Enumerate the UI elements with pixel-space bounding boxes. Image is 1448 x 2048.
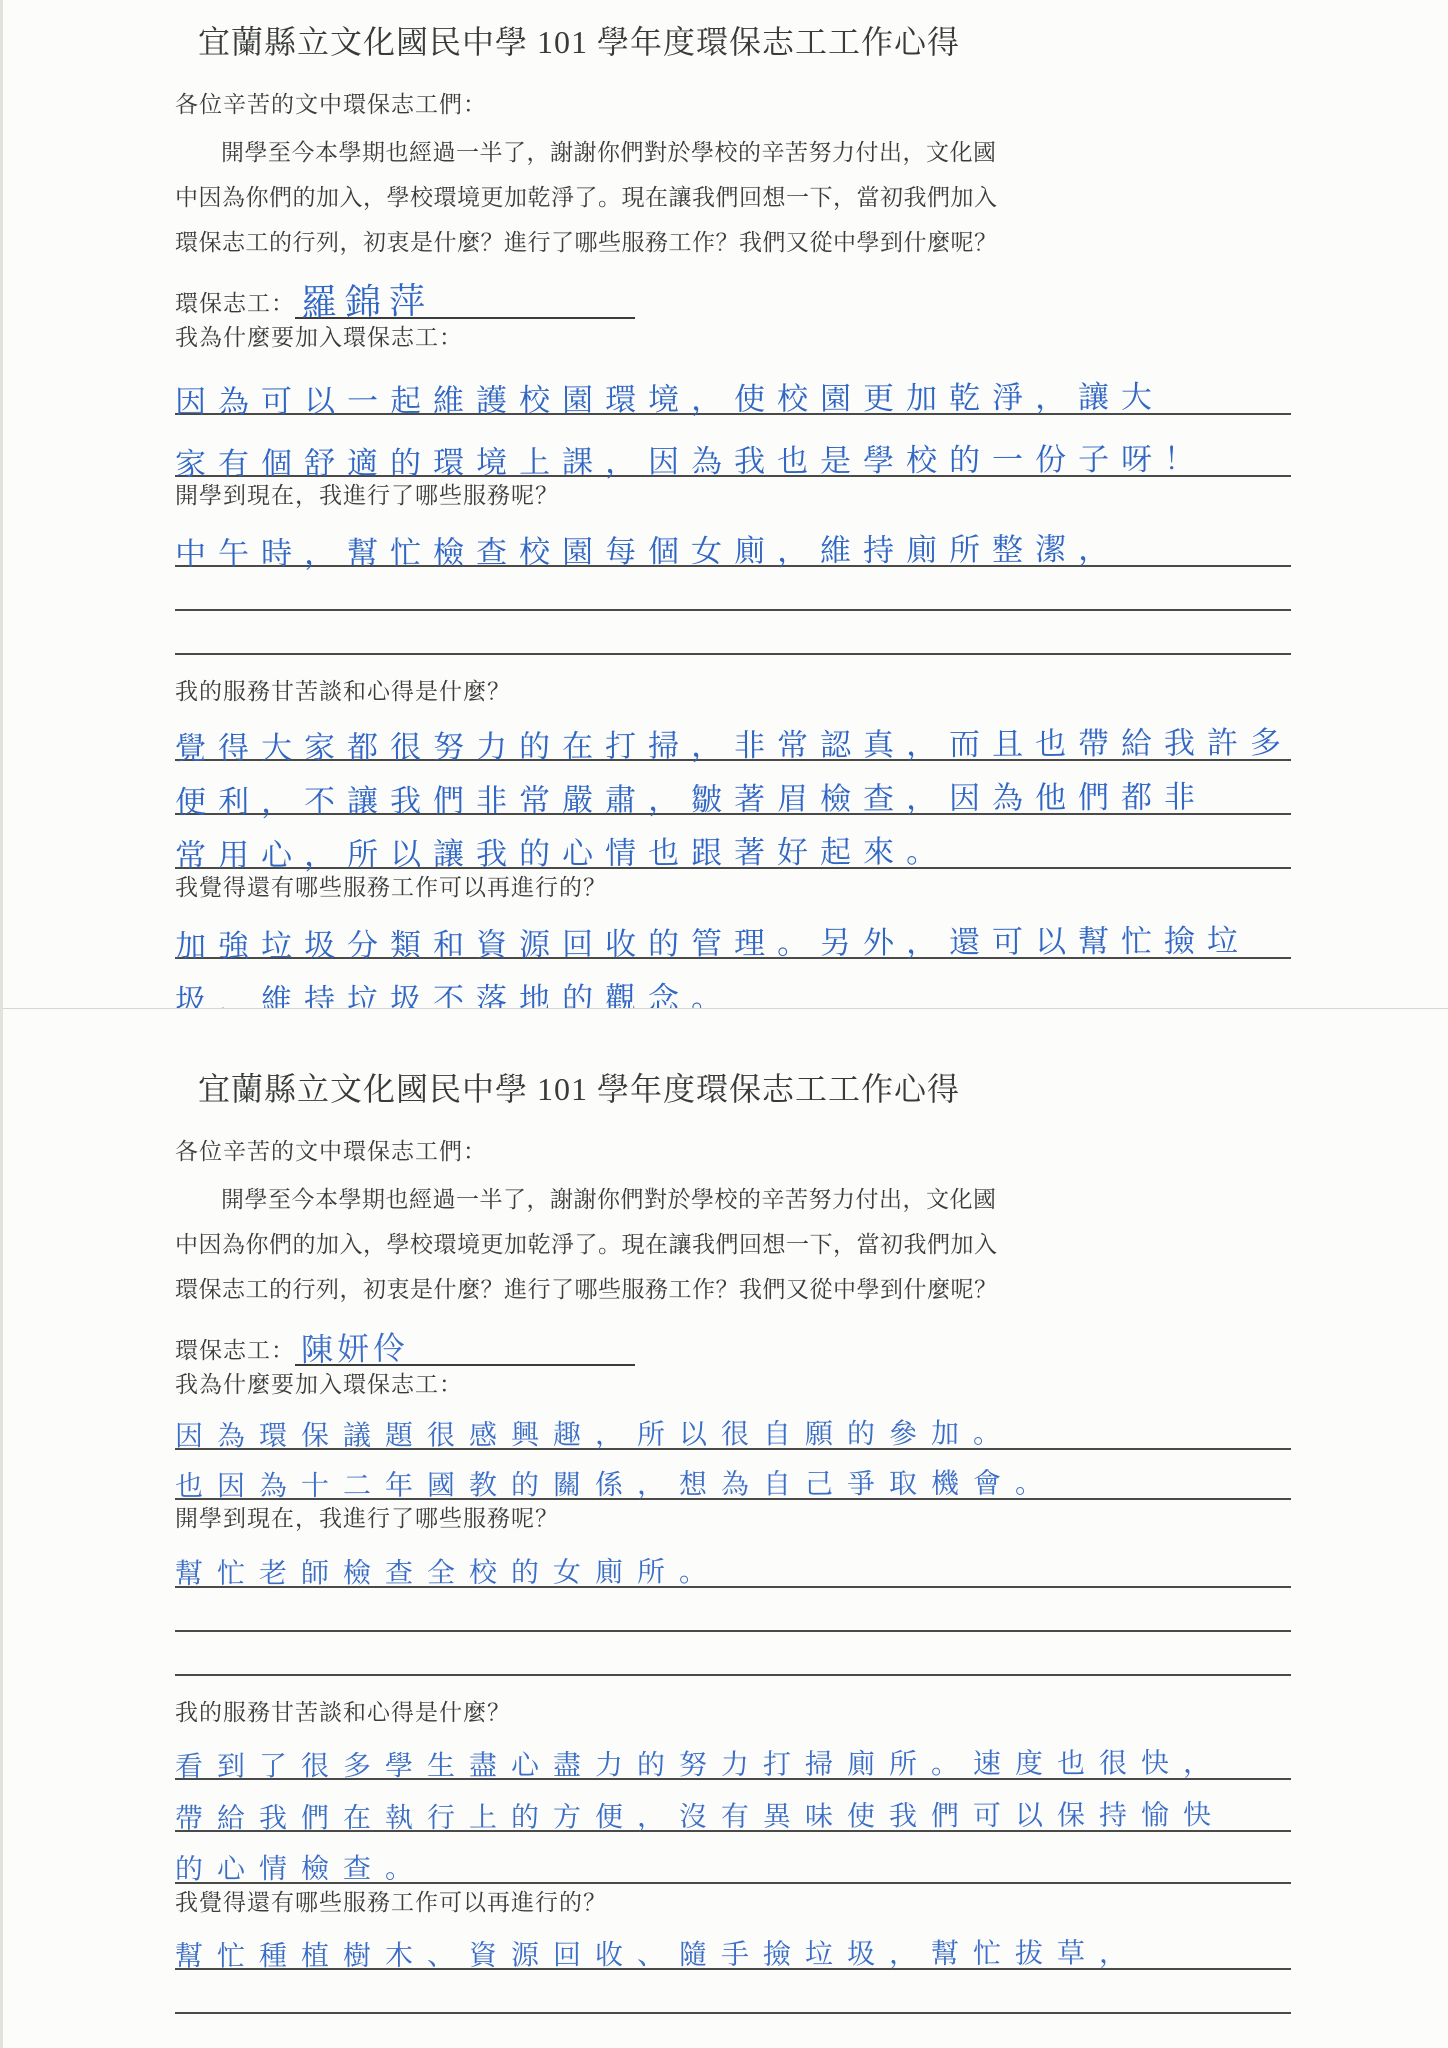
handwritten-answer-line: 常用心，所以讓我的心情也跟著好起來。 [175,815,1291,869]
handwritten-answer-line: 覺得大家都很努力的在打掃，非常認真，而且也帶給我許多 [175,707,1291,761]
intro-line: 開學至今本學期也經過一半了，謝謝你們對於學校的辛苦努力付出，文化國 [175,1177,983,1222]
handwritten-text: 覺得大家都很努力的在打掃，非常認真，而且也帶給我許多 [175,717,1293,768]
handwritten-text: 看到了很多學生盡心盡力的努力打掃廁所。速度也很快， [175,1741,1225,1785]
question-more-services: 我覺得還有哪些服務工作可以再進行的？ [175,1888,1301,1918]
handwritten-answer-line: 圾，維持垃圾不落地的觀念。 [175,959,1291,1008]
handwritten-text: 帶給我們在執行上的方便，沒有異味使我們可以保持愉快 [175,1793,1225,1837]
handwritten-text: 幫忙老師檢查全校的女廁所。 [175,1550,721,1592]
question-reflection: 我的服務甘苦談和心得是什麼？ [175,677,1301,707]
form-title: 宜蘭縣立文化國民中學 101 學年度環保志工工作心得 [175,22,983,62]
handwritten-text: 家有個舒適的環境上課，因為我也是學校的一份子呀！ [175,433,1207,483]
reflection-form-2: 宜蘭縣立文化國民中學 101 學年度環保志工工作心得 各位辛苦的文中環保志工們：… [3,1009,1448,2047]
handwritten-answer-line: 幫忙種植樹木、資源回收、隨手撿垃圾，幫忙拔草， [175,1918,1291,1970]
handwritten-answer-line: 帶給我們在執行上的方便，沒有異味使我們可以保持愉快 [175,1780,1291,1832]
volunteer-label: 環保志工： [175,289,295,319]
handwritten-answer-line: 也因為十二年國教的關係，想為自己爭取機會。 [175,1450,1291,1500]
blank-answer-line [175,1970,1291,2014]
handwritten-answer-line: 的心情檢查。 [175,1832,1291,1884]
handwritten-text: 的心情檢查。 [175,1847,427,1888]
question-more-services: 我覺得還有哪些服務工作可以再進行的？ [175,873,1301,903]
question-reflection: 我的服務甘苦談和心得是什麼？ [175,1698,1301,1728]
handwritten-text: 中午時，幫忙檢查校園每個女廁，維持廁所整潔， [175,524,1121,574]
question-why-join: 我為什麼要加入環保志工： [175,1370,1301,1400]
question-why-join: 我為什麼要加入環保志工： [175,323,1301,353]
intro-line: 中因為你們的加入，學校環境更加乾淨了。現在讓我們回想一下，當初我們加入 [175,1222,983,1267]
handwritten-text: 因為環保議題很感興趣，所以很自願的參加。 [175,1412,1015,1455]
handwritten-answer-line: 幫忙老師檢查全校的女廁所。 [175,1534,1291,1588]
intro-line: 開學至今本學期也經過一半了，謝謝你們對於學校的辛苦努力付出，文化國 [175,130,983,175]
blank-answer-line [175,1632,1291,1676]
handwritten-answer-line: 中午時，幫忙檢查校園每個女廁，維持廁所整潔， [175,511,1291,567]
reflection-form-1: 宜蘭縣立文化國民中學 101 學年度環保志工工作心得 各位辛苦的文中環保志工們：… [3,0,1448,1008]
handwritten-text: 圾，維持垃圾不落地的觀念。 [175,973,734,1008]
handwritten-answer-line: 家有個舒適的環境上課，因為我也是學校的一份子呀！ [175,415,1291,477]
handwritten-answer-line: 看到了很多學生盡心盡力的努力打掃廁所。速度也很快， [175,1728,1291,1780]
name-underline: 羅錦萍 [295,269,635,319]
intro-block: 各位辛苦的文中環保志工們： 開學至今本學期也經過一半了，謝謝你們對於學校的辛苦努… [175,1137,983,1312]
blank-answer-line [175,1588,1291,1632]
salutation: 各位辛苦的文中環保志工們： [175,90,983,120]
intro-line: 環保志工的行列，初衷是什麼？進行了哪些服務工作？我們又從中學到什麼呢？ [175,1267,983,1312]
handwritten-answer-line: 因為環保議題很感興趣，所以很自願的參加。 [175,1400,1291,1450]
handwritten-text: 加強垃圾分類和資源回收的管理。另外，還可以幫忙撿垃 [175,915,1250,966]
handwritten-answer-line: 便利，不讓我們非常嚴肅，皺著眉檢查，因為他們都非 [175,761,1291,815]
name-underline: 陳妍伶 [295,1316,635,1366]
intro-line: 中因為你們的加入，學校環境更加乾淨了。現在讓我們回想一下，當初我們加入 [175,175,983,220]
handwritten-text: 也因為十二年國教的關係，想為自己爭取機會。 [175,1461,1057,1504]
salutation: 各位辛苦的文中環保志工們： [175,1137,983,1167]
volunteer-label: 環保志工： [175,1336,295,1366]
form-title: 宜蘭縣立文化國民中學 101 學年度環保志工工作心得 [175,1069,983,1109]
volunteer-name-row: 環保志工： 羅錦萍 [175,267,1301,319]
intro-block: 各位辛苦的文中環保志工們： 開學至今本學期也經過一半了，謝謝你們對於學校的辛苦努… [175,90,983,265]
blank-answer-line [175,611,1291,655]
handwritten-text: 便利，不讓我們非常嚴肅，皺著眉檢查，因為他們都非 [175,771,1207,821]
volunteer-name-row: 環保志工： 陳妍伶 [175,1314,1301,1366]
scanned-document-page: 宜蘭縣立文化國民中學 101 學年度環保志工工作心得 各位辛苦的文中環保志工們：… [0,0,1448,2048]
handwritten-answer-line: 因為可以一起維護校園環境，使校園更加乾淨，讓大 [175,353,1291,415]
blank-answer-line [175,567,1291,611]
handwritten-text: 常用心，所以讓我的心情也跟著好起來。 [175,826,949,875]
question-services-done: 開學到現在，我進行了哪些服務呢？ [175,481,1301,511]
intro-line: 環保志工的行列，初衷是什麼？進行了哪些服務工作？我們又從中學到什麼呢？ [175,220,983,265]
question-services-done: 開學到現在，我進行了哪些服務呢？ [175,1504,1301,1534]
handwritten-text: 幫忙種植樹木、資源回收、隨手撿垃圾，幫忙拔草， [175,1931,1141,1974]
handwritten-text: 因為可以一起維護校園環境，使校園更加乾淨，讓大 [175,371,1164,421]
volunteer-name-handwritten: 陳妍伶 [301,1323,410,1371]
handwritten-answer-line: 加強垃圾分類和資源回收的管理。另外，還可以幫忙撿垃 [175,903,1291,959]
volunteer-name-handwritten: 羅錦萍 [301,273,434,326]
